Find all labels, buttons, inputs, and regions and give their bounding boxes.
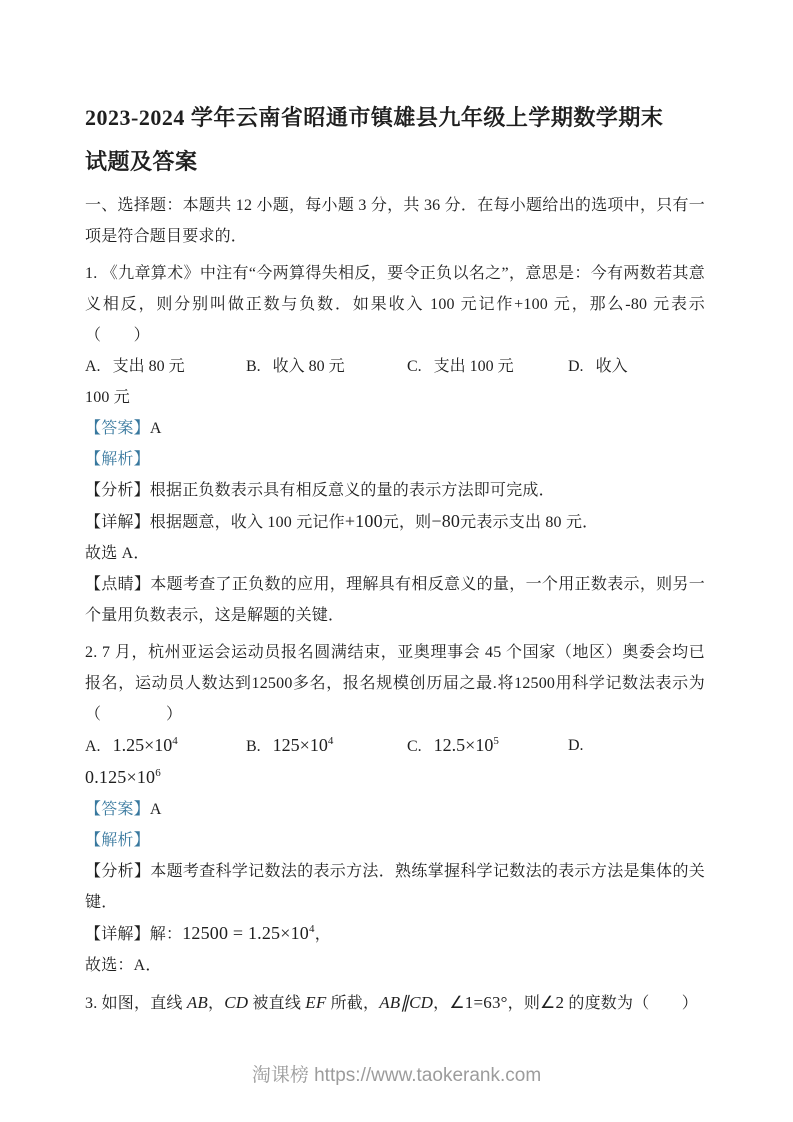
footer-watermark: 淘课榜 https://www.taokerank.com: [0, 1060, 793, 1087]
xiangjie-text: 元表示支出 80 元．: [460, 514, 598, 531]
math-expression: ∠2: [540, 993, 564, 1012]
question-2-option-d: D.: [568, 730, 705, 762]
xiangjie-text: 【详解】根据题意，收入 100 元记作: [85, 514, 345, 531]
question-1-guxuan-line: 故选 A．: [85, 538, 705, 569]
math-variable: CD: [224, 993, 248, 1012]
exponent: 5: [493, 735, 499, 747]
math-variable: EF: [305, 993, 326, 1012]
inline-math: 12500 = 1.25×104: [182, 923, 315, 943]
stem-text: 所截，: [326, 995, 379, 1012]
question-1-fenxi-line: 【分析】根据正负数表示具有相反意义的量的表示方法即可完成．: [85, 475, 705, 506]
math-variable: AB: [187, 993, 208, 1012]
question-2-options: A.1.25×104 B.125×104 C.12.5×105 D.: [85, 730, 705, 762]
question-2-option-a: A.1.25×104: [85, 730, 246, 762]
option-letter: C.: [407, 738, 422, 755]
option-letter: B.: [246, 358, 261, 375]
question-2-fenxi-line: 【分析】本题考查科学记数法的表示方法．熟练掌握科学记数法的表示方法是集体的关键．: [85, 856, 705, 918]
math-expression: AB∥CD: [379, 993, 433, 1012]
question-1-option-d: D.收入: [568, 351, 705, 382]
question-1-option-a: A.支出 80 元: [85, 351, 246, 382]
option-letter: B.: [246, 738, 261, 755]
question-1-jiexi-line: 【解析】: [85, 444, 705, 475]
exam-document-page: 2023-2024 学年云南省昭通市镇雄县九年级上学期数学期末 试题及答案 一、…: [0, 0, 793, 1122]
option-math: 12.5×105: [434, 735, 499, 755]
question-2-jiexi-line: 【解析】: [85, 825, 705, 856]
question-1-answer-line: 【答案】A: [85, 413, 705, 444]
jiexi-label: 【解析】: [85, 832, 150, 849]
answer-label: 【答案】: [85, 420, 150, 437]
title-line-2: 试题及答案: [85, 140, 705, 184]
question-1-option-b: B.收入 80 元: [246, 351, 407, 382]
option-letter: C.: [407, 358, 422, 375]
stem-text: 3. 如图，直线: [85, 995, 187, 1012]
option-letter: A.: [85, 358, 101, 375]
question-2-xiangjie-line: 【详解】解：12500 = 1.25×104，: [85, 918, 705, 950]
question-2-answer-line: 【答案】A: [85, 794, 705, 825]
option-letter: A.: [85, 738, 101, 755]
option-text: 收入 80 元: [273, 358, 345, 375]
question-3-stem: 3. 如图，直线 AB，CD 被直线 EF 所截，AB∥CD，∠1=63°，则∠…: [85, 987, 705, 1019]
footer-text: 淘课榜 https://www.taokerank.com: [252, 1065, 541, 1086]
jiexi-label: 【解析】: [85, 451, 150, 468]
section-1-intro: 一、选择题：本题共 12 小题，每小题 3 分，共 36 分．在每小题给出的选项…: [85, 190, 705, 252]
option-letter: D.: [568, 737, 584, 754]
option-text: 支出 100 元: [434, 358, 514, 375]
xiangjie-text: 【详解】解：: [85, 926, 182, 943]
inline-math: −80: [431, 511, 460, 531]
answer-value: A: [150, 801, 162, 818]
option-text: 收入: [596, 358, 628, 375]
option-math: 0.125×106: [85, 767, 161, 787]
inline-math: +100: [345, 511, 383, 531]
stem-text: ，: [208, 995, 224, 1012]
question-1-dianjing-line: 【点睛】本题考查了正负数的应用，理解具有相反意义的量，一个用正数表示，则另一个量…: [85, 569, 705, 631]
option-math: 1.25×104: [113, 735, 178, 755]
option-math: 125×104: [273, 735, 334, 755]
stem-text: 被直线: [248, 995, 305, 1012]
question-2-option-d-overflow: 0.125×106: [85, 762, 705, 794]
question-2-option-c: C.12.5×105: [407, 730, 568, 762]
stem-text: 的度数为（ ）: [564, 995, 698, 1012]
answer-value: A: [150, 420, 162, 437]
answer-label: 【答案】: [85, 801, 150, 818]
stem-text: ，: [433, 995, 449, 1012]
exponent: 4: [172, 735, 178, 747]
option-letter: D.: [568, 358, 584, 375]
question-2-stem: 2. 7 月，杭州亚运会运动员报名圆满结束，亚奥理事会 45 个国家（地区）奥委…: [85, 637, 705, 730]
exponent: 4: [328, 735, 334, 747]
question-1-option-c: C.支出 100 元: [407, 351, 568, 382]
question-1-option-d-overflow: 100 元: [85, 382, 705, 413]
title-line-1: 2023-2024 学年云南省昭通市镇雄县九年级上学期数学期末: [85, 96, 705, 140]
question-2-guxuan-line: 故选：A．: [85, 950, 705, 981]
exponent: 6: [155, 767, 161, 779]
question-1-options: A.支出 80 元 B.收入 80 元 C.支出 100 元 D.收入: [85, 351, 705, 382]
question-1-xiangjie-line: 【详解】根据题意，收入 100 元记作+100元，则−80元表示支出 80 元．: [85, 506, 705, 538]
math-expression: ∠1=63°: [449, 993, 507, 1012]
question-2-option-b: B.125×104: [246, 730, 407, 762]
option-text: 支出 80 元: [113, 358, 185, 375]
xiangjie-text: 元，则: [383, 514, 432, 531]
xiangjie-text: ，: [315, 926, 331, 943]
document-content: 2023-2024 学年云南省昭通市镇雄县九年级上学期数学期末 试题及答案 一、…: [0, 0, 793, 1019]
document-title: 2023-2024 学年云南省昭通市镇雄县九年级上学期数学期末 试题及答案: [85, 96, 705, 184]
question-1-stem: 1. 《九章算术》中注有“今两算得失相反，要令正负以名之”，意思是：今有两数若其…: [85, 258, 705, 351]
stem-text: ，则: [508, 995, 540, 1012]
